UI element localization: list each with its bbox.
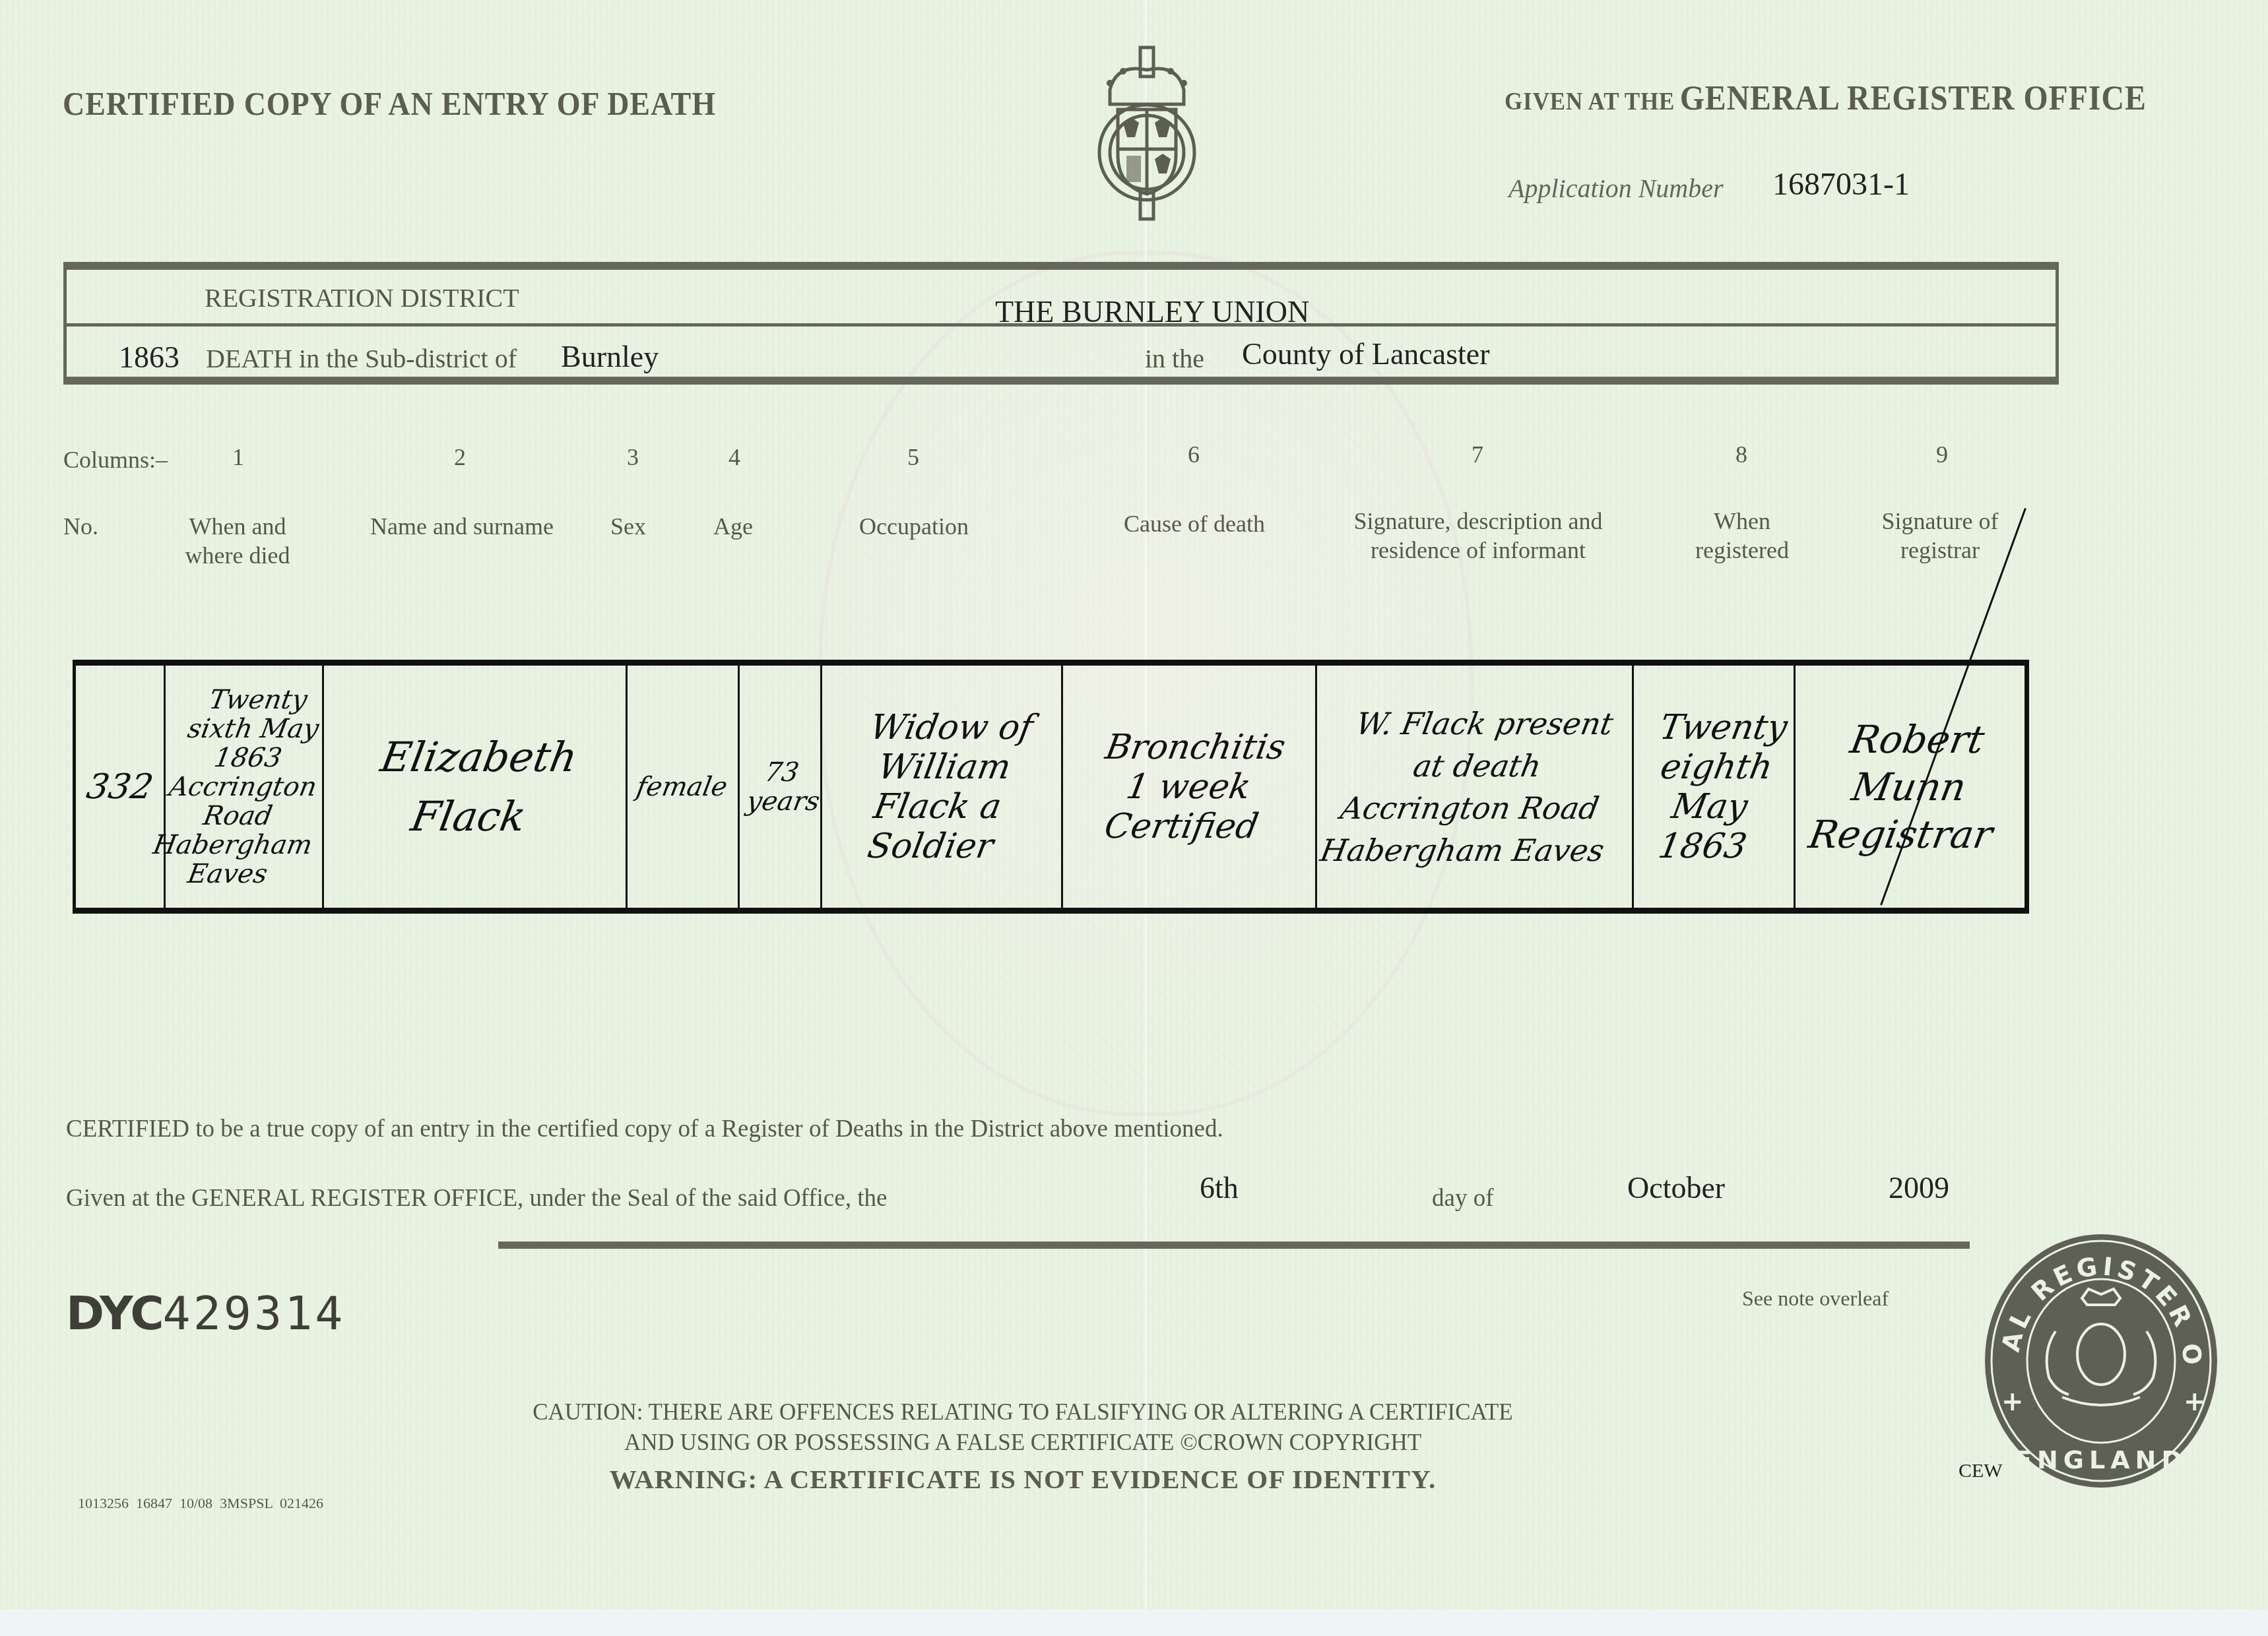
certified-year: 2009 — [1889, 1170, 1949, 1205]
registration-district-value: THE BURNLEY UNION — [995, 294, 1309, 329]
subdistrict-label: DEATH in the Sub-district of — [206, 343, 517, 374]
document-title: CERTIFIED COPY OF AN ENTRY OF DEATH — [63, 84, 716, 123]
svg-text:+: + — [2001, 1387, 2024, 1417]
column-header-no: No. — [63, 512, 103, 541]
entry-when-registered: Twenty eighth May 1863 — [1632, 666, 1796, 908]
entry-age: 73 years — [738, 666, 822, 908]
print-codes: 1013256 16847 10/08 3MSPSL 021426 — [78, 1495, 323, 1512]
entry-cause-of-death: Bronchitis 1 week Certified — [1061, 666, 1317, 908]
column-header-when-registered: When registered — [1689, 507, 1795, 565]
county-value: County of Lancaster — [1242, 336, 1490, 371]
general-register-office-seal-icon: GENERAL REGISTER OFFICE ENGLAND + + — [1983, 1232, 2219, 1490]
entry-informant: W. Flack present at death Accrington Roa… — [1315, 666, 1634, 908]
subdistrict-value: Burnley — [561, 339, 659, 374]
office-name: GENERAL REGISTER OFFICE — [1680, 80, 2147, 117]
svg-text:+: + — [2184, 1387, 2206, 1417]
column-header-name: Name and surname — [356, 512, 567, 541]
caution-notice: CAUTION: THERE ARE OFFENCES RELATING TO … — [482, 1397, 1564, 1458]
column-header-age: Age — [703, 512, 763, 541]
county-label: in the — [1145, 343, 1204, 374]
column-header-informant: Signature, description and residence of … — [1340, 507, 1617, 565]
column-number-9: 9 — [1936, 441, 1948, 468]
identity-warning: WARNING: A CERTIFICATE IS NOT EVIDENCE O… — [482, 1463, 1564, 1495]
certified-day: 6th — [1200, 1170, 1239, 1205]
entry-name: Elizabeth Flack — [322, 666, 628, 908]
certified-month: October — [1627, 1170, 1725, 1205]
column-number-2: 2 — [454, 443, 466, 471]
certificate-serial-number: DYC429314 — [66, 1286, 345, 1341]
column-number-7: 7 — [1472, 441, 1483, 468]
column-number-1: 1 — [232, 443, 244, 471]
given-at-heading: GIVEN AT THE GENERAL REGISTER OFFICE — [1505, 79, 2147, 118]
entry-sex: female — [626, 666, 740, 908]
column-number-4: 4 — [729, 443, 740, 471]
entry-occupation: Widow of William Flack a Soldier — [820, 666, 1063, 908]
death-entry-table: 332 Twenty sixth May 1863 Accrington Roa… — [73, 660, 2029, 914]
column-header-cause: Cause of death — [1109, 509, 1280, 538]
scan-background — [0, 1610, 2268, 1636]
given-at-statement: Given at the GENERAL REGISTER OFFICE, un… — [66, 1184, 887, 1212]
column-number-6: 6 — [1188, 441, 1200, 468]
column-number-3: 3 — [627, 443, 639, 471]
royal-coat-of-arms-icon — [1090, 44, 1204, 223]
column-header-when-where: When and where died — [178, 512, 297, 570]
signature-rule — [498, 1242, 1970, 1249]
column-number-5: 5 — [907, 443, 919, 471]
column-header-registrar: Signature of registrar — [1867, 507, 2013, 565]
entry-registrar-signature: Robert Munn Registrar — [1794, 666, 2025, 908]
see-note-overleaf: See note overleaf — [1742, 1286, 1889, 1311]
columns-label: Columns:– — [63, 446, 168, 474]
registration-district-label: REGISTRATION DISTRICT — [205, 282, 519, 313]
entry-when-where-died: Twenty sixth May 1863 Accrington Road Ha… — [164, 666, 324, 908]
svg-text:ENGLAND: ENGLAND — [2015, 1445, 2187, 1474]
application-number-label: Application Number — [1508, 173, 1724, 204]
application-number: 1687031-1 — [1772, 166, 1910, 203]
column-header-sex: Sex — [602, 512, 655, 541]
certified-statement: CERTIFIED to be a true copy of an entry … — [66, 1115, 1223, 1143]
column-header-occupation: Occupation — [845, 512, 983, 541]
registration-year: 1863 — [119, 340, 179, 375]
column-number-8: 8 — [1735, 441, 1747, 468]
day-of-label: day of — [1432, 1184, 1494, 1212]
